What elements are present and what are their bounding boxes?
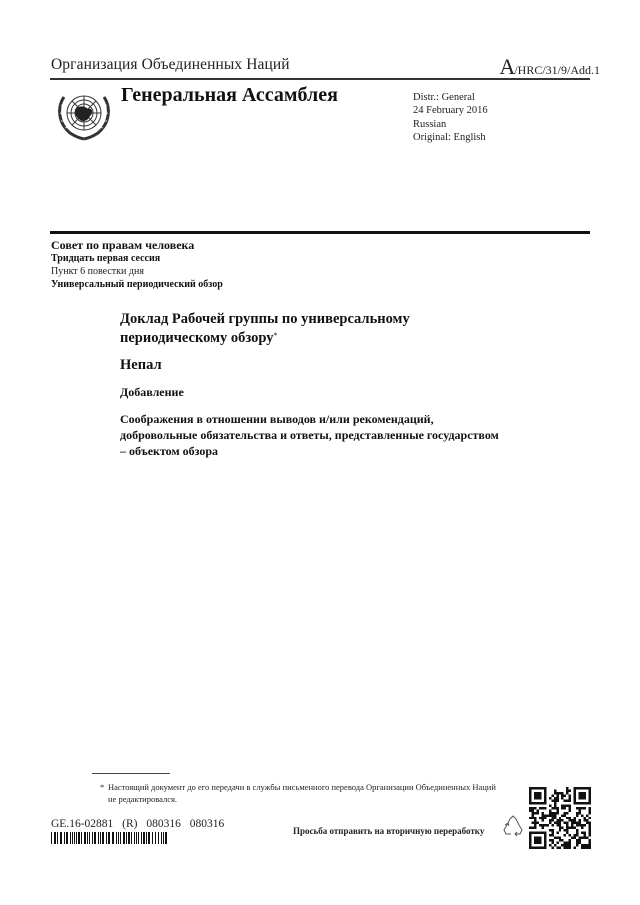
un-emblem-icon: [52, 83, 116, 147]
agenda-topic: Универсальный периодический обзор: [51, 279, 223, 290]
footnote: * Настоящий документ до его передачи в с…: [108, 781, 498, 805]
session-name: Тридцать первая сессия: [51, 253, 160, 264]
organization-name: Организация Объединенных Наций: [51, 56, 290, 74]
body-name: Генеральная Ассамблея: [121, 84, 338, 107]
footnote-marker: *: [100, 781, 104, 793]
document-number: GE.16-02881 (R) 080316 080316: [51, 818, 224, 830]
document-date: 24 February 2016: [413, 104, 488, 117]
country-name: Непал: [120, 357, 162, 374]
symbol-rest: /HRC/31/9/Add.1: [514, 63, 600, 77]
footnote-text: Настоящий документ до его передачи в слу…: [108, 782, 496, 804]
original-language: Original: English: [413, 131, 488, 144]
barcode-icon: [51, 832, 168, 844]
report-title-text: Доклад Рабочей группы по универсальному …: [120, 311, 410, 346]
report-subject: Соображения в отношении выводов и/или ре…: [120, 411, 500, 459]
header-divider: [50, 78, 590, 80]
document-language: Russian: [413, 118, 488, 131]
council-name: Совет по правам человека: [51, 238, 194, 253]
addendum-label: Добавление: [120, 385, 184, 400]
footnote-divider: [92, 773, 170, 774]
footnote-reference[interactable]: *: [273, 331, 277, 340]
report-title: Доклад Рабочей группы по универсальному …: [120, 311, 460, 346]
symbol-prefix: A: [499, 54, 514, 79]
section-divider: [50, 231, 590, 234]
recycle-notice: Просьба отправить на вторичную переработ…: [293, 826, 484, 836]
qr-code-icon: [529, 787, 591, 849]
recycle-icon: [500, 814, 526, 840]
document-symbol: A/HRC/31/9/Add.1: [499, 54, 600, 80]
agenda-item: Пункт 6 повестки дня: [51, 266, 144, 277]
distribution-type: Distr.: General: [413, 91, 488, 104]
distribution-block: Distr.: General 24 February 2016 Russian…: [413, 91, 488, 144]
